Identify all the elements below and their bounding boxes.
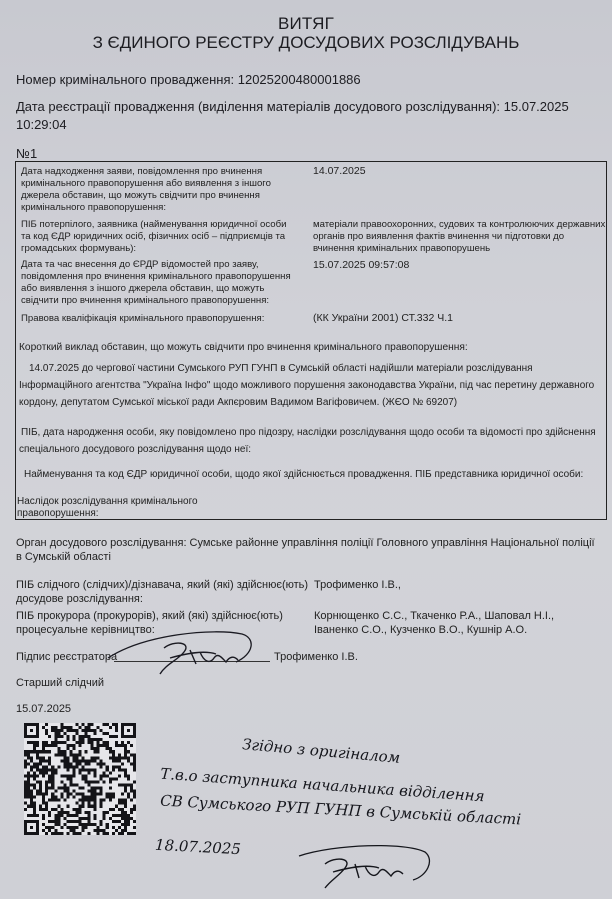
prosecutor-value: Корнющенко С.С., Ткаченко Р.А., Шаповал … [314,609,594,637]
document-subtitle: З ЄДИНОГО РЕЄСТРУ ДОСУДОВИХ РОЗСЛІДУВАНЬ [0,33,612,53]
outcome-label: Наслідок розслідування кримінального пра… [17,496,217,520]
legal-qualification-label: Правова кваліфікація кримінального право… [21,313,291,325]
signature-icon [104,628,264,678]
handwritten-certification: Згідно з оригіналом [242,735,401,767]
handwritten-signature-icon [295,842,435,892]
registration-date: Дата реєстрації провадження (виділення м… [16,99,569,114]
signature-name: Трофименко І.В. [274,650,358,664]
suspect-label: ПІБ, дата народження особи, яку повідомл… [19,424,599,458]
legal-entity-label: Найменування та код ЄДР юридичної особи,… [24,469,600,481]
registration-time: 10:29:04 [16,117,67,132]
signer-position: Старший слідчий [16,676,104,690]
section-number: №1 [16,146,37,161]
date-received-label: Дата надходження заяви, повідомлення про… [21,166,291,214]
document-title: ВИТЯГ [0,14,612,34]
investigator-label: ПІБ слідчого (слідчих)/дізнавача, який (… [16,578,316,606]
signature-label: Підпис реєстратора [16,650,117,664]
victim-value: матеріали правоохоронних, судових та кон… [313,219,608,255]
handwritten-date: 18.07.2025 [155,836,242,858]
case-number: Номер кримінального провадження: 1202520… [16,72,361,87]
document-page: ВИТЯГ З ЄДИНОГО РЕЄСТРУ ДОСУДОВИХ РОЗСЛІ… [0,0,612,899]
sign-date: 15.07.2025 [16,702,71,716]
investigator-value: Трофименко І.В., [314,578,401,592]
record-table: Дата надходження заяви, повідомлення про… [15,161,607,520]
summary-text: 14.07.2025 до чергової частини Сумського… [19,360,599,411]
victim-label: ПІБ потерпілого, заявника (найменування … [21,219,291,255]
qr-code-icon [24,723,136,835]
erdr-entry-value: 15.07.2025 09:57:08 [313,259,608,271]
summary-label: Короткий виклад обставин, що можуть свід… [19,342,599,354]
date-received-value: 14.07.2025 [313,165,608,177]
legal-qualification-value: (КК України 2001) СТ.332 Ч.1 [313,312,608,324]
investigation-organ: Орган досудового розслідування: Сумське … [16,536,596,564]
erdr-entry-label: Дата та час внесення до ЄРДР відомостей … [21,259,291,307]
